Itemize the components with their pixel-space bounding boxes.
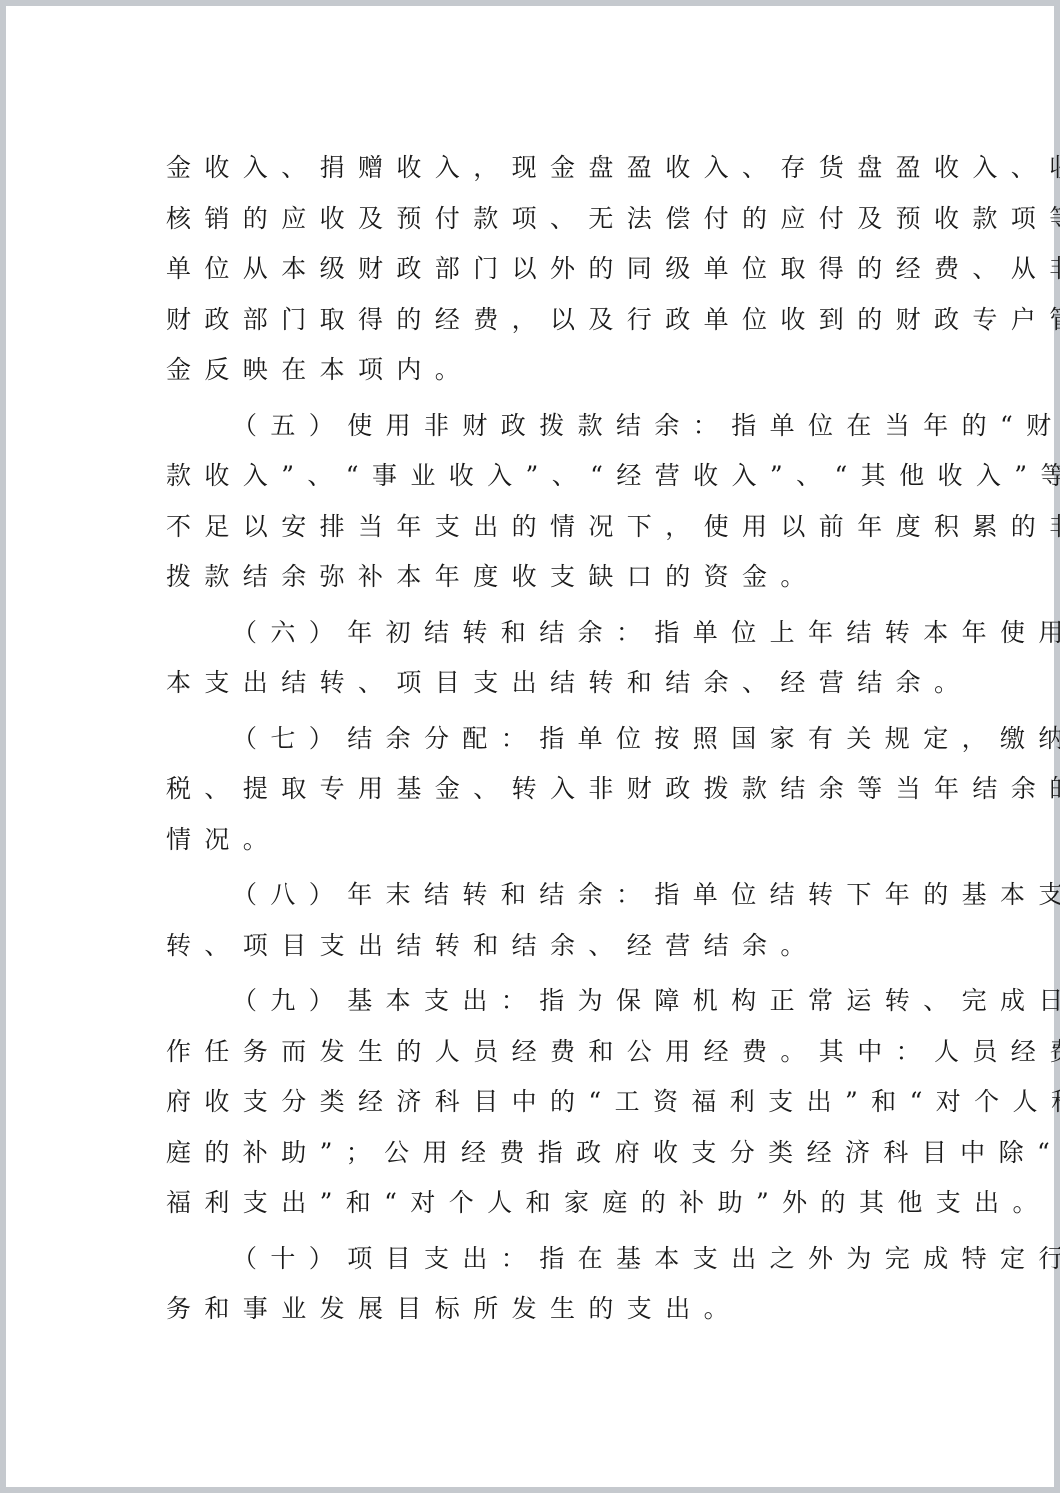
text-line: 拨款结余弥补本年度收支缺口的资金。 — [166, 552, 916, 603]
text-line: 金收入、捐赠收入，现金盘盈收入、存货盘盈收入、收回已 — [166, 143, 916, 194]
text-line: 款收入”、“事业收入”、“经营收入”、“其他收入”等 — [166, 451, 916, 502]
paragraph-item-7: （七）结余分配：指单位按照国家有关规定，缴纳所得 税、提取专用基金、转入非财政拨… — [166, 714, 916, 866]
paragraph-item-8: （八）年末结转和结余：指单位结转下年的基本支出结 转、项目支出结转和结余、经营结… — [166, 870, 916, 971]
text-line: （九）基本支出：指为保障机构正常运转、完成日常工 — [166, 976, 916, 1027]
text-line: 本支出结转、项目支出结转和结余、经营结余。 — [166, 658, 916, 709]
text-line: （十）项目支出：指在基本支出之外为完成特定行政任 — [166, 1234, 916, 1285]
text-line: 财政部门取得的经费，以及行政单位收到的财政专户管理资 — [166, 295, 916, 346]
text-line: 庭的补助”；公用经费指政府收支分类经济科目中除“工资 — [166, 1128, 916, 1179]
paragraph-item-9: （九）基本支出：指为保障机构正常运转、完成日常工 作任务而发生的人员经费和公用经… — [166, 976, 916, 1229]
text-line: 税、提取专用基金、转入非财政拨款结余等当年结余的分配 — [166, 764, 916, 815]
text-line: 作任务而发生的人员经费和公用经费。其中：人员经费指政 — [166, 1027, 916, 1078]
paragraph-item-10: （十）项目支出：指在基本支出之外为完成特定行政任 务和事业发展目标所发生的支出。 — [166, 1234, 916, 1335]
text-line: 务和事业发展目标所发生的支出。 — [166, 1284, 916, 1335]
paragraph-income-continued: 金收入、捐赠收入，现金盘盈收入、存货盘盈收入、收回已 核销的应收及预付款项、无法… — [166, 143, 916, 396]
paragraph-item-6: （六）年初结转和结余：指单位上年结转本年使用的基 本支出结转、项目支出结转和结余… — [166, 608, 916, 709]
text-line: 核销的应收及预付款项、无法偿付的应付及预收款项等。各 — [166, 194, 916, 245]
text-line: （五）使用非财政拨款结余：指单位在当年的“财政拨 — [166, 401, 916, 452]
text-line: 金反映在本项内。 — [166, 345, 916, 396]
text-line: （七）结余分配：指单位按照国家有关规定，缴纳所得 — [166, 714, 916, 765]
text-line: 不足以安排当年支出的情况下，使用以前年度积累的非财政 — [166, 502, 916, 553]
text-line: 单位从本级财政部门以外的同级单位取得的经费、从非本级 — [166, 244, 916, 295]
text-line: 府收支分类经济科目中的“工资福利支出”和“对个人和家 — [166, 1077, 916, 1128]
text-line: （八）年末结转和结余：指单位结转下年的基本支出结 — [166, 870, 916, 921]
document-page: 金收入、捐赠收入，现金盘盈收入、存货盘盈收入、收回已 核销的应收及预付款项、无法… — [6, 6, 1054, 1487]
text-line: 福利支出”和“对个人和家庭的补助”外的其他支出。 — [166, 1178, 916, 1229]
text-line: 情况。 — [166, 815, 916, 866]
paragraph-item-5: （五）使用非财政拨款结余：指单位在当年的“财政拨 款收入”、“事业收入”、“经营… — [166, 401, 916, 603]
text-line: （六）年初结转和结余：指单位上年结转本年使用的基 — [166, 608, 916, 659]
document-body: 金收入、捐赠收入，现金盘盈收入、存货盘盈收入、收回已 核销的应收及预付款项、无法… — [166, 143, 916, 1340]
text-line: 转、项目支出结转和结余、经营结余。 — [166, 921, 916, 972]
